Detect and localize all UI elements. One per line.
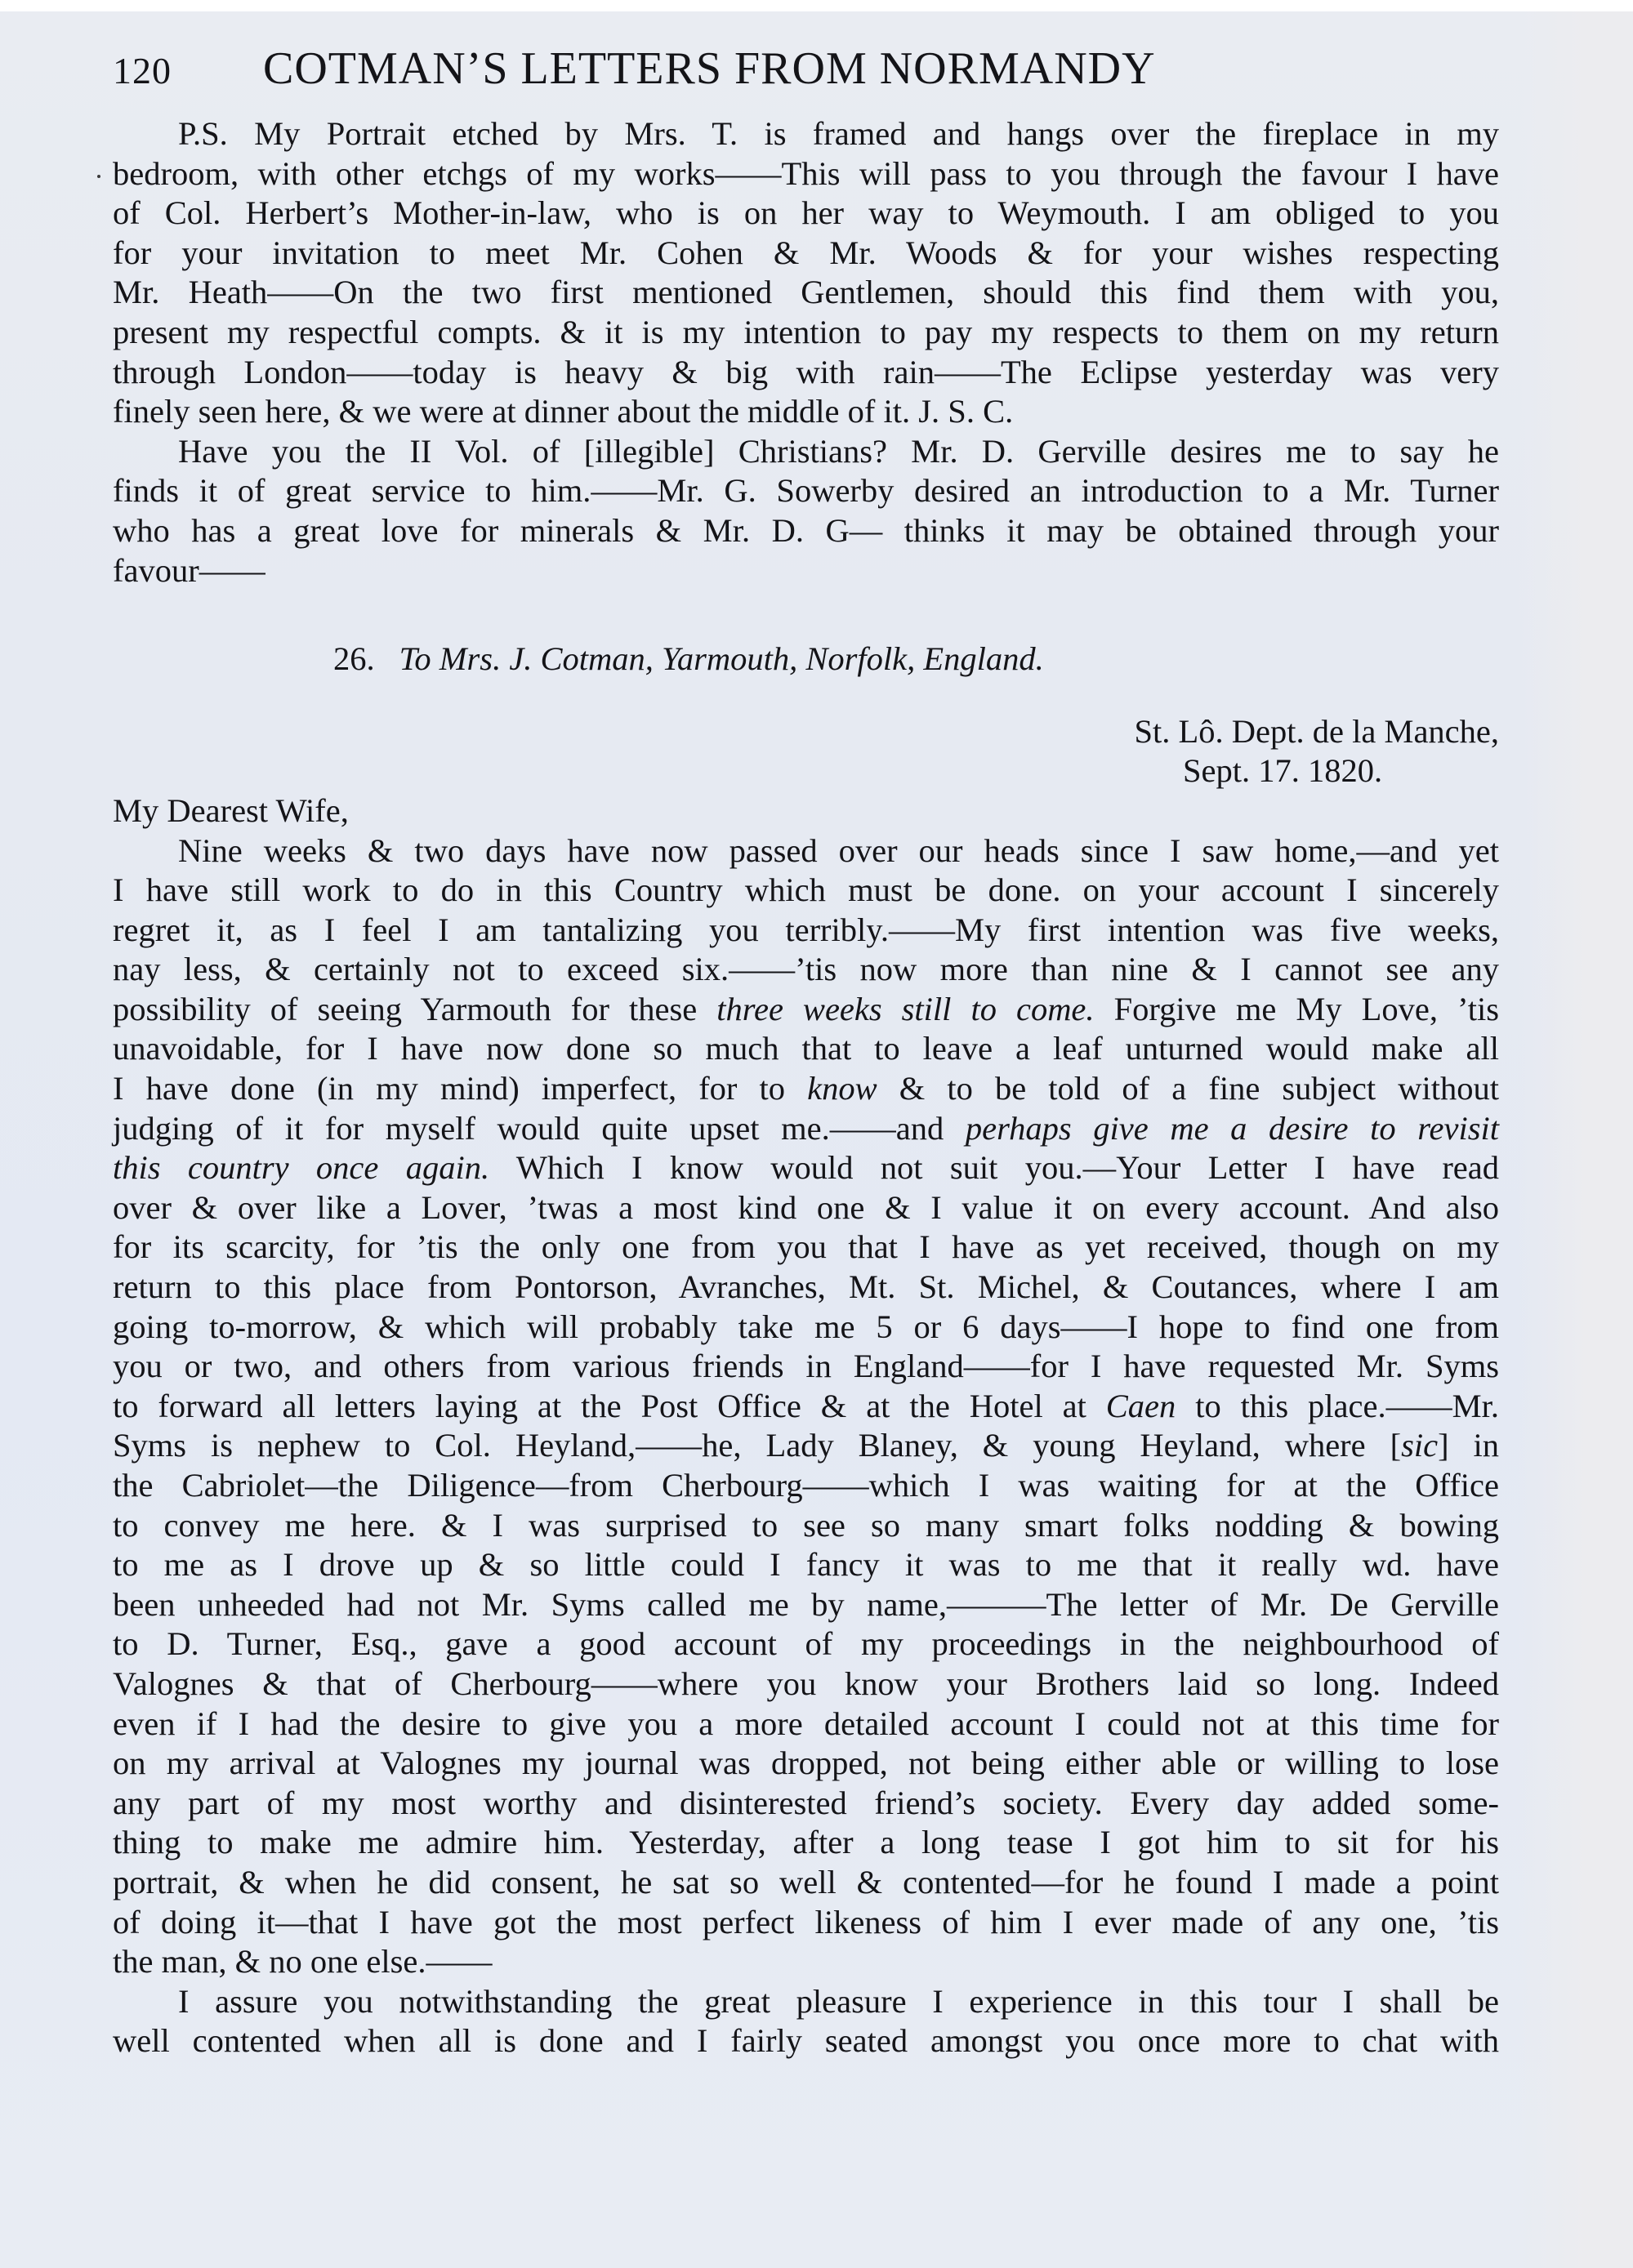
body-line: Valognes & that of Cherbourg——where you … [113,1664,1499,1704]
page-number: 120 [113,49,260,92]
letter-heading: 26.To Mrs. J. Cotman, Yarmouth, Norfolk,… [113,639,1499,680]
postscript-signature-line: finely seen here, & we were at dinner ab… [113,392,1499,432]
margin-mark [97,175,100,178]
body-line: to D. Turner, Esq., gave a good account … [113,1624,1499,1664]
postscript-line: who has a great love for minerals & Mr. … [113,511,1499,551]
body-line: I have done (in my mind) imperfect, for … [113,1069,1499,1109]
postscript-line: present my respectful compts. & it is my… [113,313,1499,353]
body-line: nay less, & certainly not to exceed six.… [113,950,1499,990]
body-line: unavoidable, for I have now done so much… [113,1029,1499,1069]
postscript-line: of Col. Herbert’s Mother-in-law, who is … [113,194,1499,234]
body-line: going to-morrow, & which will probably t… [113,1308,1499,1348]
body-line: the man, & no one else.—— [113,1942,1499,1982]
body-line: to convey me here. & I was surprised to … [113,1506,1499,1546]
postscript-line: finds it of great service to him.——Mr. G… [113,471,1499,511]
body-line: portrait, & when he did consent, he sat … [113,1863,1499,1903]
body-line: judging of it for myself would quite ups… [113,1109,1499,1149]
body-line: any part of my most worthy and disintere… [113,1784,1499,1824]
book-title: COTMAN’S LETTERS FROM NORMANDY [263,42,1156,95]
body-line: possibility of seeing Yarmouth for these… [113,990,1499,1030]
postscript-line: through London——today is heavy & big wit… [113,353,1499,393]
letter-recipient: To Mrs. J. Cotman, Yarmouth, Norfolk, En… [399,640,1044,677]
body-line: regret it, as I feel I am tantalizing yo… [113,911,1499,951]
body-line: for its scarcity, for ’tis the only one … [113,1228,1499,1268]
body-line: Nine weeks & two days have now passed ov… [113,831,1499,871]
body-line: this country once again. Which I know wo… [113,1148,1499,1188]
body-line: I assure you notwithstanding the great p… [113,1982,1499,2022]
body-line: to me as I drove up & so little could I … [113,1545,1499,1585]
postscript-line: Have you the II Vol. of [illegible] Chri… [113,432,1499,472]
body-line: on my arrival at Valognes my journal was… [113,1744,1499,1784]
letter-number: 26. [333,640,375,677]
postscript-block: P.S. My Portrait etched by Mrs. T. is fr… [113,114,1499,2061]
letter-place: St. Lô. Dept. de la Manche, [113,712,1499,752]
postscript-line: bedroom, with other etchgs of my works——… [113,154,1499,194]
postscript-line: Mr. Heath——On the two first mentioned Ge… [113,273,1499,313]
postscript-line: for your invitation to meet Mr. Cohen & … [113,234,1499,274]
postscript-line: P.S. My Portrait etched by Mrs. T. is fr… [113,114,1499,154]
body-line: the Cabriolet—the Diligence—from Cherbou… [113,1466,1499,1506]
body-line: been unheeded had not Mr. Syms called me… [113,1585,1499,1625]
body-line: well contented when all is done and I fa… [113,2021,1499,2061]
running-head: 120 COTMAN’S LETTERS FROM NORMANDY [113,42,1499,95]
letter-salutation: My Dearest Wife, [113,791,1499,831]
body-line: to forward all letters laying at the Pos… [113,1387,1499,1427]
body-line: thing to make me admire him. Yesterday, … [113,1823,1499,1863]
body-line: even if I had the desire to give you a m… [113,1704,1499,1744]
body-line: Syms is nephew to Col. Heyland,——he, Lad… [113,1426,1499,1466]
body-line: return to this place from Pontorson, Avr… [113,1268,1499,1308]
body-line: you or two, and others from various frie… [113,1347,1499,1387]
postscript-line: favour—— [113,551,1499,591]
body-line: over & over like a Lover, ’twas a most k… [113,1188,1499,1228]
body-line: of doing it—that I have got the most per… [113,1903,1499,1943]
body-line: I have still work to do in this Country … [113,871,1499,911]
letter-date: Sept. 17. 1820. [113,751,1499,791]
